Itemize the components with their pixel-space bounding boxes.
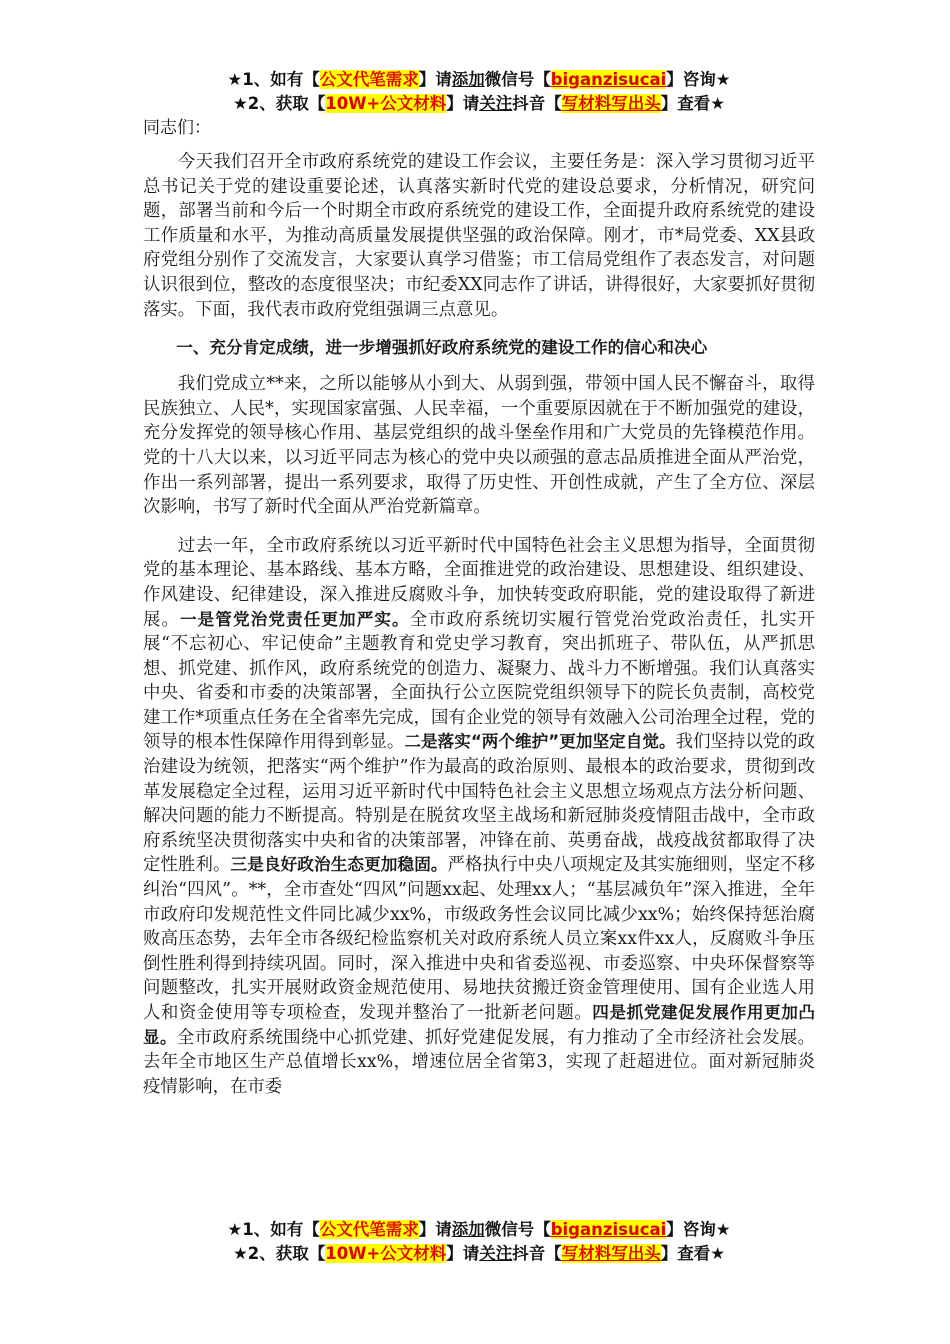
salutation: 同志们： — [143, 116, 815, 140]
promo-banner-top: ★1、如有【公文代笔需求】请添加微信号【biganzisucai】咨询★ ★2、… — [143, 68, 815, 116]
highlight-materials: 10W+公文材料 — [325, 94, 446, 113]
bold-point-1: 一是管党治党责任更加严实。 — [180, 610, 410, 629]
promo-text: 】咨询★ — [666, 70, 730, 89]
douyin-account: 写材料写出头 — [562, 94, 661, 113]
promo-text: 微信号【 — [485, 1220, 551, 1239]
highlight-materials: 10W+公文材料 — [325, 1244, 446, 1263]
underlined-add: 添加 — [452, 70, 485, 89]
promo-text: ★1、如有【 — [227, 1220, 319, 1239]
promo-text: 微信号【 — [485, 70, 551, 89]
wechat-id: biganzisucai — [551, 1220, 667, 1239]
promo-line-2: ★2、获取【10W+公文材料】请关注抖音【写材料写出头】查看★ — [143, 92, 815, 116]
body-text: 全市政府系统围绕中心抓党建、抓好党建促发展，有力推动了全市经济社会发展。去年全市… — [143, 1028, 815, 1097]
section-heading-1: 一、充分肯定成绩，进一步增强抓好政府系统党的建设工作的信心和决心 — [143, 336, 815, 360]
promo-line-1: ★1、如有【公文代笔需求】请添加微信号【biganzisucai】咨询★ — [143, 1218, 815, 1242]
paragraph-party-history: 我们党成立**来，之所以能够从小到大、从弱到强，带领中国人民不懈奋斗，取得民族独… — [143, 372, 815, 520]
promo-text: 抖音【 — [512, 94, 562, 113]
underlined-follow: 关注 — [479, 94, 512, 113]
promo-text: 】请 — [446, 94, 479, 113]
promo-text: 】请 — [419, 70, 452, 89]
promo-line-2: ★2、获取【10W+公文材料】请关注抖音【写材料写出头】查看★ — [143, 1242, 815, 1266]
wechat-id: biganzisucai — [551, 70, 667, 89]
bold-point-3: 三是良好政治生态更加稳固。 — [231, 855, 448, 874]
promo-text: ★2、获取【 — [233, 94, 325, 113]
promo-text: 】咨询★ — [666, 1220, 730, 1239]
promo-text: 】查看★ — [661, 94, 725, 113]
promo-text: 】请 — [419, 1220, 452, 1239]
document-page: ★1、如有【公文代笔需求】请添加微信号【biganzisucai】咨询★ ★2、… — [143, 68, 815, 1099]
paragraph-achievements: 过去一年，全市政府系统以习近平新时代中国特色社会主义思想为指导，全面贯彻党的基本… — [143, 534, 815, 1100]
paragraph-intro: 今天我们召开全市政府系统党的建设工作会议，主要任务是：深入学习贯彻习近平总书记关… — [143, 150, 815, 322]
body-text: 我们坚持以党的政治建设为统领，把落实“两个维护”作为最高的政治原则、最根本的政治… — [143, 732, 815, 875]
promo-banner-bottom: ★1、如有【公文代笔需求】请添加微信号【biganzisucai】咨询★ ★2、… — [143, 1218, 815, 1266]
body-text: 严格执行中央八项规定及其实施细则，坚定不移纠治“四风”。**，全市查处“四风”问… — [143, 855, 815, 1023]
promo-text: 抖音【 — [512, 1244, 562, 1263]
promo-line-1: ★1、如有【公文代笔需求】请添加微信号【biganzisucai】咨询★ — [143, 68, 815, 92]
promo-text: 】请 — [446, 1244, 479, 1263]
douyin-account: 写材料写出头 — [562, 1244, 661, 1263]
bold-point-2: 二是落实“两个维护”更加坚定自觉。 — [404, 732, 675, 751]
underlined-add: 添加 — [452, 1220, 485, 1239]
promo-text: 】查看★ — [661, 1244, 725, 1263]
highlight-ghostwriting: 公文代笔需求 — [320, 70, 419, 89]
promo-text: ★2、获取【 — [233, 1244, 325, 1263]
underlined-follow: 关注 — [479, 1244, 512, 1263]
promo-text: ★1、如有【 — [227, 70, 319, 89]
highlight-ghostwriting: 公文代笔需求 — [320, 1220, 419, 1239]
